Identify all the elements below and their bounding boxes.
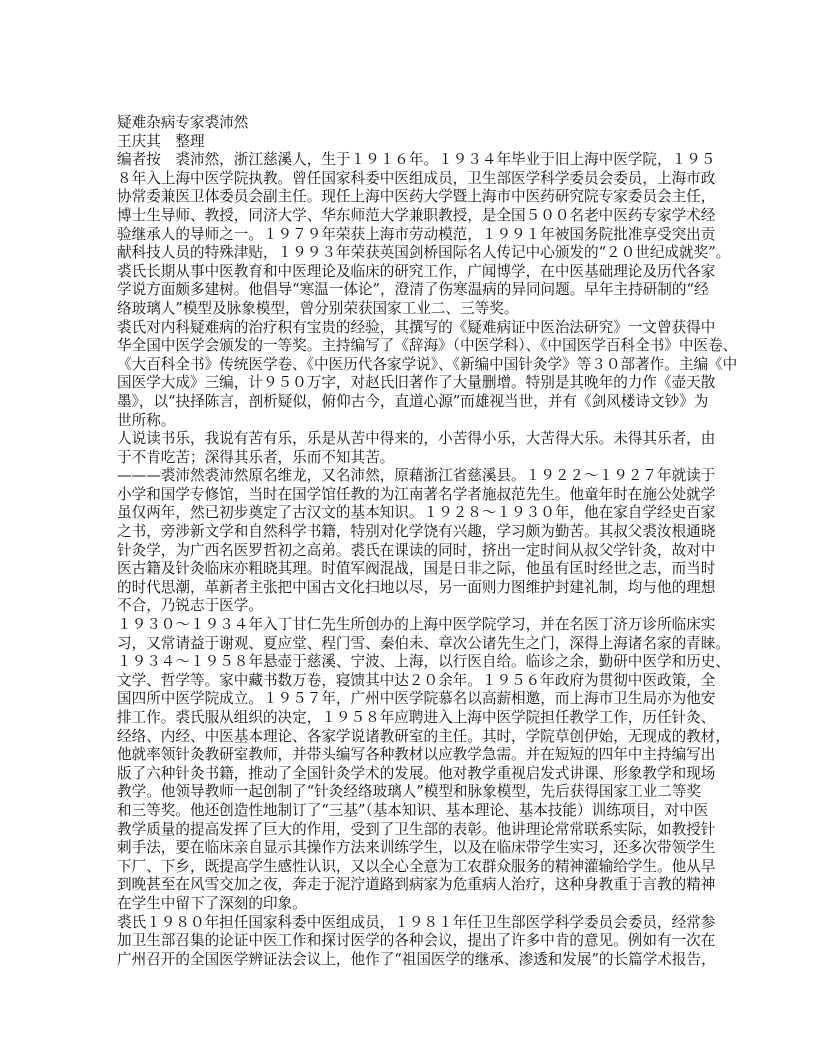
body-text-line: 编者按 裘沛然，浙江慈溪人，生于１９１６年。１９３４年毕业于旧上海中医学院，１９… (117, 151, 703, 170)
body-text-line: 广州召开的全国医学辨证法会议上，他作了“祖国医学的继承、渗透和发展”的长篇学术报… (117, 951, 703, 970)
body-text-line: 加卫生部召集的论证中医工作和探讨医学的各种会议，提出了许多中肯的意见。例如有一次… (117, 932, 703, 951)
body-text-line: 献科技人员的特殊津贴，１９９３年荣获英国剑桥国际名人传记中心颁发的“２０世纪成就… (117, 244, 703, 263)
body-text-line: 在学生中留下了深刻的印象。 (117, 895, 703, 914)
body-text-line: 他就率领针灸教研室教师，并带头编写各种教材以应教学急需。并在短短的四年中主持编写… (117, 746, 703, 765)
body-text-line: ８年入上海中医学院执教。曾任国家科委中医组成员，卫生部医学科学委员会委员，上海市… (117, 170, 703, 189)
body-text-line: 国医学大成》三编，计９５０万字，对赵氏旧著作了大量删增。特别是其晚年的力作《壶天… (117, 374, 703, 393)
body-text-line: １９３０～１９３４年入丁甘仁先生所创办的上海中医学院学习，并在名医丁济万诊所临床… (117, 616, 703, 635)
body-text-line: 协常委兼医卫体委员会副主任。现任上海中医药大学暨上海市中医药研究院专家委员会主任… (117, 188, 703, 207)
body-text-line: 裘氏对内科疑难病的治疗积有宝贵的经验，其撰写的《疑难病证中医治法研究》一文曾获得… (117, 319, 703, 338)
body-text-line: 裘氏长期从事中医教育和中医理论及临床的研究工作，广闻博学，在中医基础理论及历代各… (117, 263, 703, 282)
body-text-line: 不合，乃锐志于医学。 (117, 597, 703, 616)
body-text-line: 于不肯吃苦；深得其乐者，乐而不知其苦。 (117, 449, 703, 468)
body-text-line: 络玻璃人”模型及脉象模型，曾分别荣获国家工业二、三等奖。 (117, 300, 703, 319)
body-text-line: 《大百科全书》传统医学卷、《中医历代各家学说》、《新编中国针灸学》等３０部著作。… (117, 356, 703, 375)
body-text-line: 虽仅两年，然已初步奠定了古汉文的基本知识。１９２８～１９３０年，他在家自学经史百… (117, 504, 703, 523)
body-text-line: 版了六种针灸书籍，推动了全国针灸学术的发展。他对教学重视启发式讲课、形象教学和现… (117, 765, 703, 784)
body-text-line: 之书，旁涉新文学和自然科学书籍，特别对化学饶有兴趣，学习颇为勤苦。其叔父裘汝根通… (117, 523, 703, 542)
body-text-line: 裘氏１９８０年担任国家科委中医组成员，１９８１年任卫生部医学科学委员会委员，经常… (117, 914, 703, 933)
body-text-line: 针灸学，为广西名医罗哲初之高弟。裘氏在课读的同时，挤出一定时间从叔父学针灸，故对… (117, 542, 703, 561)
body-text-line: 教学质量的提高发挥了巨大的作用，受到了卫生部的表彰。他讲理论常常联系实际，如教授… (117, 821, 703, 840)
body-text-line: 博士生导师、教授，同济大学、华东师范大学兼职教授，是全国５００名老中医药专家学术… (117, 207, 703, 226)
document-title: 疑难杂病专家裘沛然 (117, 114, 703, 133)
document-body: 编者按 裘沛然，浙江慈溪人，生于１９１６年。１９３４年毕业于旧上海中医学院，１９… (117, 151, 703, 969)
body-text-line: 经络、内经、中医基本理论、各家学说诸教研室的主任。其时，学院草创伊始，无现成的教… (117, 728, 703, 747)
body-text-line: 小学和国学专修馆，当时在国学馆任教的为江南著名学者施叔范先生。他童年时在施公处就… (117, 486, 703, 505)
body-text-line: 国四所中医学院成立。１９５７年，广州中医学院慕名以高薪相邀，而上海市卫生局亦为他… (117, 690, 703, 709)
body-text-line: 到晚甚至在风雪交加之夜，奔走于泥泞道路到病家为危重病人治疗，这种身教重于言教的精… (117, 876, 703, 895)
body-text-line: 习，又常请益于谢观、夏应堂、程门雪、秦伯未、章次公诸先生之门，深得上海诸名家的青… (117, 635, 703, 654)
body-text-line: 下厂、下乡，既提高学生感性认识，又以全心全意为工农群众服务的精神灌输给学生。他从… (117, 858, 703, 877)
body-text-line: １９３４～１９５８年悬壶于慈溪、宁波、上海，以行医自给。临诊之余，勤研中医学和历… (117, 653, 703, 672)
body-text-line: 验继承人的导师之一。１９７９年荣获上海市劳动模范，１９９１年被国务院批准享受突出… (117, 226, 703, 245)
body-text-line: 医古籍及针灸临床亦粗晓其理。时值军阀混战，国是日非之际，他虽有匡时经世之志，而当… (117, 560, 703, 579)
body-text-line: 刺手法，要在临床亲自显示其操作方法来训练学生，以及在临床带学生实习，还多次带领学… (117, 839, 703, 858)
document-page: 疑难杂病专家裘沛然 王庆其 整理 编者按 裘沛然，浙江慈溪人，生于１９１６年。１… (117, 114, 703, 969)
body-text-line: 墨》，以“抉择陈言，剖析疑似，俯仰古今，直道心源”而雄视当世，并有《剑风楼诗文钞… (117, 393, 703, 412)
body-text-line: 文学、哲学等。家中藏书数万卷，寝馈其中达２０余年。１９５６年政府为贯彻中医政策，… (117, 672, 703, 691)
body-text-line: 世所称。 (117, 412, 703, 431)
body-text-line: 教学。他领导教师一起创制了“针灸经络玻璃人”模型和脉象模型，先后获得国家工业二等… (117, 783, 703, 802)
document-byline: 王庆其 整理 (117, 133, 703, 152)
body-text-line: 排工作。裘氏服从组织的决定，１９５８年应聘进入上海中医学院担任教学工作，历任针灸… (117, 709, 703, 728)
body-text-line: 华全国中医学会颁发的一等奖。主持编写了《辞海》（中医学科）、《中国医学百科全书》… (117, 337, 703, 356)
body-text-line: 的时代思潮，革新者主张把中国古文化扫地以尽，另一面则力图维护封建礼制，均与他的理… (117, 579, 703, 598)
body-text-line: 人说读书乐，我说有苦有乐，乐是从苦中得来的，小苦得小乐，大苦得大乐。未得其乐者，… (117, 430, 703, 449)
body-text-line: ———裘沛然裘沛然原名维龙，又名沛然，原藉浙江省慈溪县。１９２２～１９２７年就读… (117, 467, 703, 486)
body-text-line: 学说方面颇多建树。他倡导“寒温一体论”，澄清了伤寒温病的异同问题。早年主持研制的… (117, 281, 703, 300)
body-text-line: 和三等奖。他还创造性地制订了“三基”（基本知识、基本理论、基本技能）训练项目，对… (117, 802, 703, 821)
